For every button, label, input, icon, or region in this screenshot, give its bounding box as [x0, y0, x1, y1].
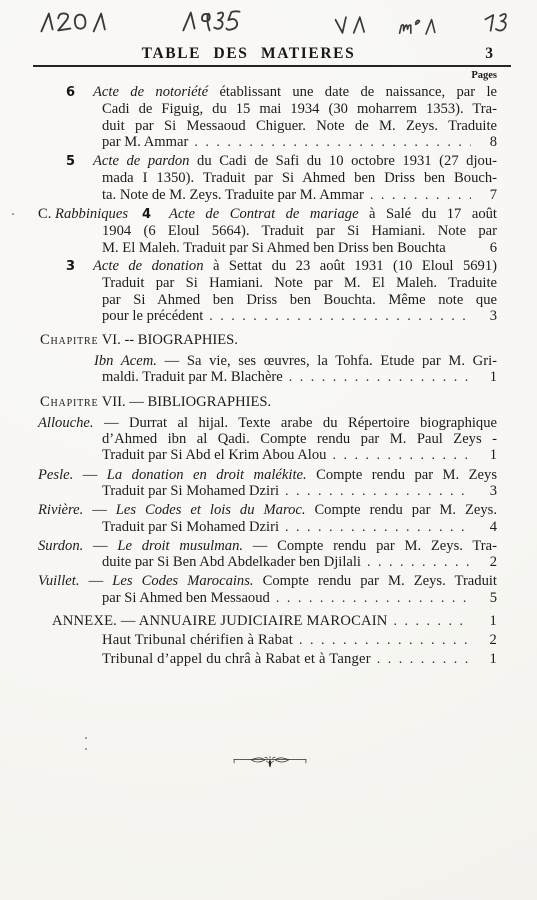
line-text: duite par Si Ben Abd Abdelkader ben Djil… — [102, 554, 361, 570]
line-text: Pesle. — La donation en droit malékite. … — [38, 467, 497, 483]
text-segment: — — [83, 502, 116, 518]
text-segment: — — [79, 573, 112, 589]
entry-number: 6 — [66, 85, 93, 101]
line-text: Chapitre VII. — BIBLIOGRAPHIES. — [40, 393, 497, 411]
text-segment: par Si Ahmed ben Messaoud — [102, 590, 270, 606]
page-number: 5 — [471, 590, 497, 606]
line-text: par M. Ammar — [102, 134, 188, 150]
text-segment: Compte rendu par M. Zeys — [307, 467, 497, 483]
toc-line: Chapitre VII. — BIBLIOGRAPHIES. — [38, 393, 497, 411]
text-segment: Compte rendu par M. Zeys. Traduit — [254, 573, 497, 589]
ink-speck — [12, 213, 14, 215]
page-number: 8 — [471, 134, 497, 150]
leader-dots — [203, 308, 471, 325]
toc-line: Traduit par Si Hamiani. Note par M. El M… — [38, 275, 497, 291]
page-number: 6 — [471, 240, 497, 256]
text-segment: Haut Tribunal chérifien à Rabat — [102, 632, 293, 648]
text-segment: Compte rendu par M. Zeys. — [306, 502, 497, 518]
toc-entry: Allouche. — Durrat al hijal. Texte arabe… — [38, 415, 497, 465]
text-segment: Rabbiniques — [55, 206, 128, 222]
leader-dots — [388, 612, 471, 631]
toc-line: pour le précédent3 — [38, 308, 497, 325]
ink-speck — [85, 737, 87, 739]
toc-line: ta. Note de M. Zeys. Traduite par M. Amm… — [38, 187, 497, 204]
header-page-number: 3 — [485, 45, 493, 63]
text-segment: à Settat du 23 août 1931 (10 Eloul 5691) — [204, 258, 497, 274]
text-segment: par M. Ammar — [102, 134, 188, 150]
line-text: Traduit par Si Abd el Krim Abou Alou — [102, 447, 326, 463]
line-text: maldi. Traduit par M. Blachère — [102, 369, 283, 385]
text-segment: d’Ahmed ibn al Qadi. Compte rendu par M.… — [102, 431, 497, 447]
page-title: TABLE DES MATIERES — [0, 45, 497, 63]
line-text: 1904 (6 Eloul 5664). Traduit par Si Hami… — [102, 223, 497, 239]
toc-entry: Surdon. — Le droit musulman. — Compte re… — [38, 538, 497, 572]
text-segment: — Durrat al hijal. Texte arabe du Répert… — [94, 415, 497, 431]
ink-speck — [85, 748, 87, 750]
page-number: 1 — [471, 369, 497, 385]
toc-line: maldi. Traduit par M. Blachère1 — [38, 369, 497, 386]
handwritten-annotation — [330, 12, 374, 38]
handwritten-annotation — [36, 8, 114, 36]
text-segment: mada I 1350). Traduit par Si Ahmed ben D… — [102, 170, 497, 186]
page-number: 2 — [471, 554, 497, 570]
page-number: 1 — [471, 447, 497, 463]
line-text: Acte de Contrat de mariage à Salé du 17 … — [169, 206, 497, 222]
leader-dots — [188, 134, 471, 151]
entry-number: 5 — [66, 154, 93, 170]
text-segment: Cadi de Figuig, du 15 mai 1934 (30 mohar… — [102, 101, 497, 117]
text-segment: — — [73, 467, 107, 483]
line-text: duit par Si Messaoud Chiguer. Note de M.… — [102, 118, 497, 134]
handwritten-annotation — [392, 14, 444, 38]
line-text: Tribunal d’appel du chrâ à Rabat et à Ta… — [102, 650, 371, 669]
text-segment: Acte de donation — [93, 258, 204, 274]
line-text: par Si Ahmed ben Messaoud — [102, 590, 270, 606]
toc-line: mada I 1350). Traduit par Si Ahmed ben D… — [38, 170, 497, 186]
margin-label: C. Rabbiniques — [38, 206, 142, 222]
leader-dots — [279, 483, 471, 500]
line-text: Acte de donation à Settat du 23 août 193… — [93, 258, 497, 274]
toc-line: duite par Si Ben Abd Abdelkader ben Djil… — [38, 554, 497, 571]
toc-line: M. El Maleh. Traduit par Si Ahmed ben Dr… — [38, 240, 497, 256]
text-segment: VII. — BIBLIOGRAPHIES. — [98, 394, 271, 410]
handwritten-annotation — [478, 8, 526, 36]
toc-entry: 5Acte de pardon du Cadi de Safi du 10 oc… — [38, 153, 497, 204]
line-text: Vuillet. — Les Codes Marocains. Compte r… — [38, 573, 497, 589]
toc-line: par Si Ahmed ben Driss ben Bouchta. Même… — [38, 292, 497, 308]
document-page: TABLE DES MATIERES 3 Pages 6Acte de noto… — [0, 0, 537, 900]
handwritten-annotation — [178, 6, 258, 36]
toc-line: Allouche. — Durrat al hijal. Texte arabe… — [38, 415, 497, 431]
page-number: 1 — [471, 650, 497, 669]
leader-dots — [283, 369, 471, 386]
line-text: Acte de notoriété établissant une date d… — [93, 84, 497, 100]
toc-line: Traduit par Si Mohamed Dziri4 — [38, 519, 497, 536]
text-segment: Les Codes Marocains. — [112, 573, 253, 589]
line-text: d’Ahmed ibn al Qadi. Compte rendu par M.… — [102, 431, 497, 447]
text-segment: maldi. Traduit par M. Blachère — [102, 369, 283, 385]
toc-line: Chapitre VI. -- BIOGRAPHIES. — [38, 331, 497, 349]
line-text: Haut Tribunal chérifien à Rabat — [102, 631, 293, 650]
text-segment: — Compte rendu par M. Zeys. Tra- — [243, 538, 497, 554]
toc-line: Haut Tribunal chérifien à Rabat2 — [38, 631, 497, 650]
leader-dots — [326, 447, 471, 464]
text-segment: Traduit par Si Hamiani. Note par M. El M… — [102, 275, 497, 291]
line-text: Cadi de Figuig, du 15 mai 1934 (30 mohar… — [102, 101, 497, 117]
page-number: 4 — [471, 519, 497, 535]
toc-line: Cadi de Figuig, du 15 mai 1934 (30 mohar… — [38, 101, 497, 117]
toc-entry: 6Acte de notoriété établissant une date … — [38, 84, 497, 151]
toc-entry: Ibn Acem. — Sa vie, ses œuvres, la Tohfa… — [38, 353, 497, 387]
text-segment: Traduit par Si Mohamed Dziri — [102, 519, 279, 535]
toc-line: Pesle. — La donation en droit malékite. … — [38, 467, 497, 483]
text-segment: — Sa vie, ses œuvres, la Tohfa. Etude pa… — [157, 353, 497, 369]
text-segment: Ibn Acem. — [94, 353, 157, 369]
toc-line: Rivière. — Les Codes et lois du Maroc. C… — [38, 502, 497, 518]
toc-line: ANNEXE. — ANNUAIRE JUDICIAIRE MAROCAIN1 — [38, 612, 497, 631]
line-text: Traduit par Si Mohamed Dziri — [102, 519, 279, 535]
text-segment: Chapitre — [40, 394, 98, 410]
text-segment: Traduit par Si Abd el Krim Abou Alou — [102, 447, 326, 463]
leader-dots — [371, 650, 471, 669]
toc-line: Traduit par Si Abd el Krim Abou Alou1 — [38, 447, 497, 464]
text-segment: Le droit musulman. — [117, 538, 243, 554]
line-text: mada I 1350). Traduit par Si Ahmed ben D… — [102, 170, 497, 186]
chapter-heading: Chapitre VII. — BIBLIOGRAPHIES. — [38, 393, 497, 411]
toc-list: 6Acte de notoriété établissant une date … — [38, 84, 497, 671]
fleuron-ornament — [231, 753, 309, 773]
toc-line: par Si Ahmed ben Messaoud5 — [38, 590, 497, 607]
text-segment: établissant une date de naissance, par l… — [208, 84, 497, 100]
text-segment: Rivière. — [38, 502, 83, 518]
text-segment: Vuillet. — [38, 573, 79, 589]
text-segment: M. El Maleh. Traduit par Si Ahmed ben Dr… — [102, 240, 446, 256]
text-segment: Acte de pardon — [93, 153, 189, 169]
toc-line: d’Ahmed ibn al Qadi. Compte rendu par M.… — [38, 431, 497, 447]
toc-line: Vuillet. — Les Codes Marocains. Compte r… — [38, 573, 497, 589]
text-segment: Tribunal d’appel du chrâ à Rabat et à Ta… — [102, 651, 371, 667]
text-segment: La donation en droit malékite. — [107, 467, 307, 483]
chapter-heading: Chapitre VI. -- BIOGRAPHIES. — [38, 331, 497, 349]
line-text: Surdon. — Le droit musulman. — Compte re… — [38, 538, 497, 554]
text-segment: VI. -- BIOGRAPHIES. — [98, 332, 238, 348]
toc-line: 5Acte de pardon du Cadi de Safi du 10 oc… — [38, 153, 497, 170]
line-text: Acte de pardon du Cadi de Safi du 10 oct… — [93, 153, 497, 169]
line-text: pour le précédent — [102, 308, 203, 324]
line-text: Rivière. — Les Codes et lois du Maroc. C… — [38, 502, 497, 518]
text-segment: duite par Si Ben Abd Abdelkader ben Djil… — [102, 554, 361, 570]
toc-line: Traduit par Si Mohamed Dziri3 — [38, 483, 497, 500]
toc-line: Tribunal d’appel du chrâ à Rabat et à Ta… — [38, 650, 497, 669]
toc-line: duit par Si Messaoud Chiguer. Note de M.… — [38, 118, 497, 134]
toc-entry: 3Acte de donation à Settat du 23 août 19… — [38, 258, 497, 325]
text-segment: du Cadi de Safi du 10 octobre 1931 (27 d… — [189, 153, 497, 169]
leader-dots — [270, 590, 471, 607]
toc-entry: Vuillet. — Les Codes Marocains. Compte r… — [38, 573, 497, 607]
page-number: 2 — [471, 631, 497, 650]
page-number: 1 — [471, 612, 497, 631]
toc-line: 1904 (6 Eloul 5664). Traduit par Si Hami… — [38, 223, 497, 239]
line-text: Traduit par Si Hamiani. Note par M. El M… — [102, 275, 497, 291]
leader-dots — [279, 519, 471, 536]
text-segment: ANNEXE. — ANNUAIRE JUDICIAIRE MAROCAIN — [52, 613, 388, 629]
line-text: Traduit par Si Mohamed Dziri — [102, 483, 279, 499]
text-segment: Acte de Contrat de mariage — [169, 206, 359, 222]
line-text: ta. Note de M. Zeys. Traduite par M. Amm… — [102, 187, 364, 203]
text-segment: Surdon. — [38, 538, 83, 554]
toc-line: 3Acte de donation à Settat du 23 août 19… — [38, 258, 497, 275]
text-segment: Les Codes et lois du Maroc. — [116, 502, 306, 518]
toc-line: Surdon. — Le droit musulman. — Compte re… — [38, 538, 497, 554]
toc-entry: Pesle. — La donation en droit malékite. … — [38, 467, 497, 501]
line-text: M. El Maleh. Traduit par Si Ahmed ben Dr… — [102, 240, 446, 256]
line-text: Chapitre VI. -- BIOGRAPHIES. — [40, 331, 497, 349]
toc-entry: Rivière. — Les Codes et lois du Maroc. C… — [38, 502, 497, 536]
page-number: 7 — [471, 187, 497, 203]
text-segment: ta. Note de M. Zeys. Traduite par M. Amm… — [102, 187, 364, 203]
text-segment: — — [83, 538, 117, 554]
text-segment: duit par Si Messaoud Chiguer. Note de M.… — [102, 118, 497, 134]
toc-entry: C. Rabbiniques4Acte de Contrat de mariag… — [38, 206, 497, 256]
text-segment: Chapitre — [40, 332, 98, 348]
header-rule — [33, 65, 511, 67]
text-segment: C. — [38, 206, 55, 222]
text-segment: 1904 (6 Eloul 5664). Traduit par Si Hami… — [102, 223, 497, 239]
text-segment: par Si Ahmed ben Driss ben Bouchta. Même… — [102, 292, 497, 308]
leader-dots — [364, 187, 471, 204]
text-segment: pour le précédent — [102, 308, 203, 324]
pages-column-label: Pages — [471, 70, 497, 81]
page-number: 3 — [471, 308, 497, 324]
toc-line: par M. Ammar8 — [38, 134, 497, 151]
leader-dots — [361, 554, 471, 571]
line-text: par Si Ahmed ben Driss ben Bouchta. Même… — [102, 292, 497, 308]
text-segment: Traduit par Si Mohamed Dziri — [102, 483, 279, 499]
text-segment: Acte de notoriété — [93, 84, 208, 100]
toc-line: Ibn Acem. — Sa vie, ses œuvres, la Tohfa… — [38, 353, 497, 369]
toc-line: 6Acte de notoriété établissant une date … — [38, 84, 497, 101]
line-text: Ibn Acem. — Sa vie, ses œuvres, la Tohfa… — [94, 353, 497, 369]
annexe-entry: ANNEXE. — ANNUAIRE JUDICIAIRE MAROCAIN1H… — [38, 612, 497, 669]
line-text: ANNEXE. — ANNUAIRE JUDICIAIRE MAROCAIN — [52, 612, 388, 631]
line-text: Allouche. — Durrat al hijal. Texte arabe… — [38, 415, 497, 431]
entry-number: 3 — [66, 259, 93, 275]
leader-dots — [293, 631, 471, 650]
toc-line: C. Rabbiniques4Acte de Contrat de mariag… — [38, 206, 497, 223]
text-segment: à Salé du 17 août — [359, 206, 497, 222]
text-segment: Allouche. — [38, 415, 94, 431]
entry-number: 4 — [142, 207, 169, 223]
text-segment: Pesle. — [38, 467, 73, 483]
page-number: 3 — [471, 483, 497, 499]
